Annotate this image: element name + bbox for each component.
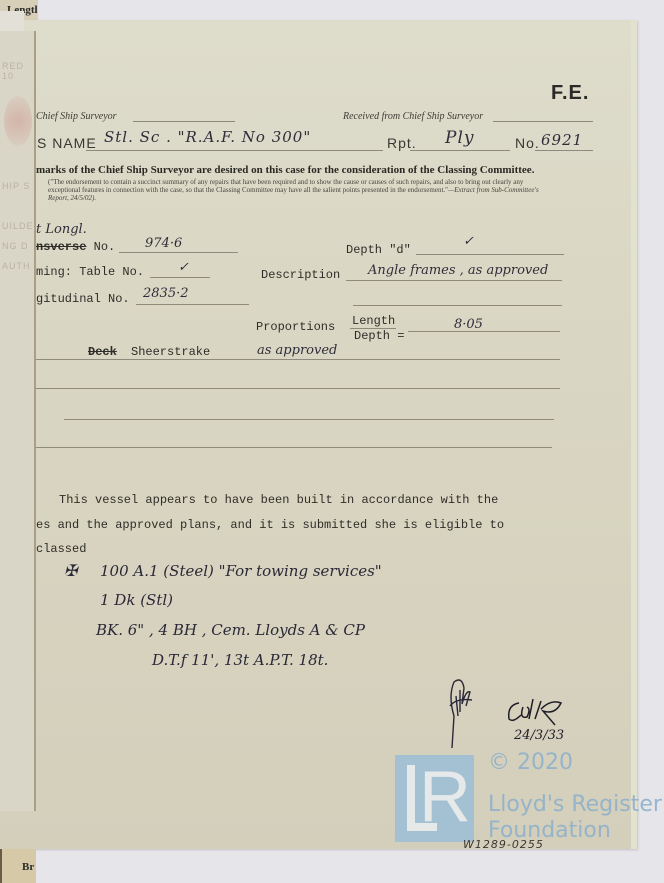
received-rule	[493, 121, 593, 122]
transverse-no-value: 974·6	[145, 236, 182, 251]
longl-annotation: t Longl.	[36, 222, 87, 237]
sheerstrake-label: Sheerstrake	[131, 345, 210, 359]
ghost-text: NG D	[2, 241, 29, 251]
framing-label: ming: Table No.	[36, 265, 144, 279]
no-value: 6921	[541, 131, 583, 149]
class-line-4: D.T.f 11', 13t A.P.T. 18t.	[152, 651, 328, 669]
watermark-org-line-1: Lloyd's Register	[488, 792, 662, 817]
statement-line-1: This vessel appears to have been built i…	[36, 488, 556, 513]
blank-rule-2	[64, 419, 554, 420]
proportions-denominator: Depth =	[354, 329, 404, 343]
ghost-text: AUTH	[2, 261, 31, 271]
depth-rule	[416, 254, 564, 255]
form-code: F.E.	[551, 82, 589, 105]
rpt-value: Ply	[445, 128, 474, 148]
remarks-heading: marks of the Chief Ship Surveyor are des…	[36, 164, 534, 176]
longitudinal-value: 2835·2	[143, 286, 189, 301]
sheerstrake-rule	[36, 359, 560, 360]
description-value: Angle frames , as approved	[368, 263, 548, 278]
ship-name-rule	[86, 150, 383, 151]
ship-name-value: Stl. Sc . "R.A.F. No 300"	[104, 128, 311, 146]
transverse-no-label: No.	[94, 240, 116, 254]
proportions-rule	[408, 331, 560, 332]
red-stamp	[4, 96, 32, 146]
ghost-text: UILDE	[2, 221, 34, 231]
no-rule	[535, 150, 593, 151]
from-chief-surveyor-label: Chief Ship Surveyor	[36, 111, 117, 122]
stacked-papers: RED 10 HIP S UILDE NG D AUTH	[0, 31, 36, 811]
depth-label: Depth "d"	[346, 243, 411, 257]
class-line-1: 100 A.1 (Steel) "For towing services"	[100, 562, 382, 580]
statement-line-2: es and the approved plans, and it is sub…	[36, 513, 556, 538]
ship-name-label: S NAME	[37, 135, 97, 151]
class-line-3: BK. 6" , 4 BH , Cem. Lloyds A & CP	[96, 621, 365, 639]
logo-r: R	[419, 757, 471, 837]
longitudinal-rule	[136, 304, 249, 305]
sheerstrake-value: as approved	[257, 343, 337, 358]
statement-line-3: classed	[36, 537, 556, 562]
deck-struck-label: Deck	[88, 345, 117, 359]
blank-rule-3	[36, 447, 552, 448]
ghost-text: HIP S	[2, 181, 30, 191]
transverse-rule	[119, 252, 238, 253]
framing-value: ✓	[178, 260, 189, 275]
sheet-label-bottom: Br	[22, 861, 34, 873]
remarks-note: ("The endorsement to contain a succinct …	[48, 178, 548, 202]
background-sheet-bottom: Br	[0, 849, 36, 883]
statement-paragraph: This vessel appears to have been built i…	[36, 488, 556, 562]
description-rule	[346, 280, 562, 281]
no-label: No.	[515, 135, 540, 151]
maltese-cross-icon: ✠	[64, 561, 77, 580]
class-line-2: 1 Dk (Stl)	[100, 591, 173, 609]
proportions-value: 8·05	[454, 317, 483, 332]
description-label: Description	[261, 268, 340, 282]
logo-l-stem	[407, 765, 415, 831]
archive-reference: W1289-0255	[463, 838, 544, 851]
longitudinal-label: gitudinal No.	[36, 292, 130, 306]
transverse-row: nsverse No.	[36, 240, 115, 254]
page-edge	[631, 20, 637, 849]
rpt-rule	[410, 150, 510, 151]
proportions-numerator: Length	[352, 314, 395, 328]
depth-value: ✓	[463, 234, 474, 249]
paper-tab	[0, 11, 24, 31]
ghost-text: RED 10	[2, 61, 34, 81]
proportions-label: Proportions	[256, 320, 335, 334]
from-rule	[133, 121, 235, 122]
received-label: Received from Chief Ship Surveyor	[343, 111, 483, 122]
blank-rule-1	[36, 388, 560, 389]
framing-rule	[150, 277, 210, 278]
signoff-date: 24/3/33	[514, 728, 564, 743]
transverse-struck-label: nsverse	[36, 240, 86, 254]
initials-signature-icon	[505, 697, 567, 727]
rpt-label: Rpt.	[387, 135, 417, 151]
lr-logo-icon: R	[395, 755, 474, 842]
signature-scribble-icon	[444, 676, 474, 750]
watermark-copyright: © 2020	[488, 750, 573, 775]
description-rule-2	[353, 305, 562, 306]
